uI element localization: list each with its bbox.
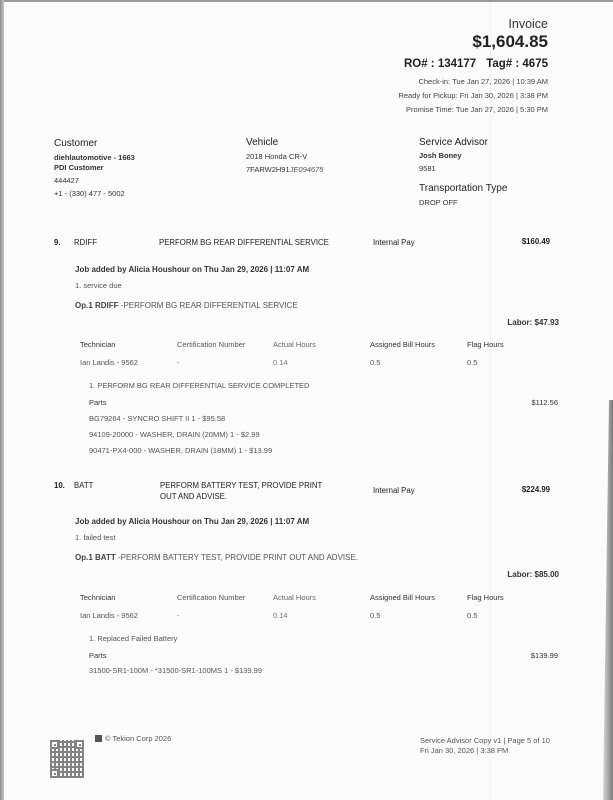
service-advisor-id: 9581 — [419, 164, 436, 173]
scan-edge-left — [0, 0, 4, 800]
th-assigned-bill-hours: Assigned Bill Hours — [370, 340, 435, 349]
th-technician: Technician — [80, 593, 115, 602]
job-concern: 1. failed test — [75, 533, 115, 542]
th-assigned-bill-hours: Assigned Bill Hours — [370, 593, 435, 602]
op-code: Op.1 RDIFF — [75, 301, 119, 310]
page-fold — [490, 0, 491, 800]
job-amount: $224.99 — [522, 485, 550, 494]
customer-id: 444427 — [54, 176, 79, 185]
tag-number: Tag# : 4675 — [486, 58, 548, 70]
promise-time: Promise Time: Tue Jan 27, 2026 | 5:30 PM — [406, 105, 548, 114]
th-technician: Technician — [80, 340, 115, 349]
th-actual-hours: Actual Hours — [273, 593, 316, 602]
customer-name: diehlautomotive - 1663 — [54, 153, 135, 162]
td-certification: - — [177, 358, 180, 367]
customer-phone: +1 - (330) 477 - 5002 — [54, 189, 125, 198]
th-actual-hours: Actual Hours — [273, 340, 316, 349]
part-item: 90471-PX4-000 - WASHER, DRAIN (18MM) 1 -… — [89, 446, 272, 455]
customer-type: PDI Customer — [54, 163, 104, 172]
job-description-line2: OUT AND ADVISE. — [160, 492, 227, 501]
job-code: BATT — [74, 481, 93, 490]
job-pay-type: Internal Pay — [373, 486, 415, 495]
job-added-by: Job added by Alicia Houshour on Thu Jan … — [75, 517, 309, 526]
td-technician: Ian Landis - 9562 — [80, 358, 138, 367]
job-pay-type: Internal Pay — [373, 238, 415, 247]
op-code: Op.1 BATT — [75, 553, 116, 562]
part-item: 31500-SR1-100M - *31500-SR1-100MS 1 - $1… — [89, 666, 262, 675]
td-assigned-bill-hours: 0.5 — [370, 358, 380, 367]
labor-total: Labor: $85.00 — [507, 570, 559, 579]
part-item: 94109-20000 - WASHER, DRAIN (20MM) 1 - $… — [89, 430, 260, 439]
transportation-heading: Transportation Type — [419, 183, 507, 194]
td-certification: - — [177, 611, 180, 620]
op-description: -PERFORM BG REAR DIFFERENTIAL SERVICE — [119, 301, 298, 310]
service-advisor-heading: Service Advisor — [419, 137, 488, 148]
job-concern: 1. service due — [75, 281, 122, 290]
invoice-title: Invoice — [508, 17, 548, 31]
job-amount: $160.49 — [522, 237, 550, 246]
customer-heading: Customer — [54, 138, 97, 149]
vehicle-heading: Vehicle — [246, 137, 278, 148]
labor-total: Labor: $47.93 — [507, 318, 559, 327]
part-item: BG79264 - SYNCRO SHIFT II 1 - $95.58 — [89, 414, 225, 423]
copyright-text: © Tekion Corp 2026 — [105, 734, 171, 743]
ro-tag-line: RO# : 134177Tag# : 4675 — [404, 58, 548, 70]
operation-line: Op.1 BATT -PERFORM BATTERY TEST, PROVIDE… — [75, 553, 358, 562]
job-code: RDIFF — [74, 238, 97, 247]
job-description-line1: PERFORM BATTERY TEST, PROVIDE PRINT — [160, 481, 322, 490]
td-flag-hours: 0.5 — [467, 611, 477, 620]
printed-at: Fri Jan 30, 2026 | 3:38 PM — [420, 746, 508, 755]
td-assigned-bill-hours: 0.5 — [370, 611, 380, 620]
vin-prefix: 7FARW2H91 — [246, 165, 290, 174]
tekion-logo-icon — [95, 735, 102, 742]
parts-total: $112.56 — [531, 398, 558, 407]
job-description: PERFORM BG REAR DIFFERENTIAL SERVICE — [159, 238, 329, 247]
correction-note: 1. Replaced Failed Battery — [89, 634, 177, 643]
td-actual-hours: 0.14 — [273, 358, 288, 367]
th-flag-hours: Flag Hours — [467, 340, 504, 349]
scan-edge-right — [603, 0, 613, 800]
ready-for-pickup-time: Ready for Pickup: Fri Jan 30, 2026 | 3:3… — [398, 91, 548, 100]
job-number: 9. — [54, 238, 61, 247]
vehicle-vin: 7FARW2H91JE094675 — [246, 165, 323, 174]
copyright: © Tekion Corp 2026 — [95, 734, 171, 743]
job-number: 10. — [54, 481, 65, 490]
th-certification: Certification Number — [177, 340, 245, 349]
copy-info: Service Advisor Copy v1 | Page 5 of 10 — [420, 736, 550, 745]
parts-total: $139.99 — [531, 651, 558, 660]
td-technician: Ian Landis - 9562 — [80, 611, 138, 620]
service-advisor-name: Josh Boney — [419, 151, 462, 160]
parts-label: Parts — [89, 651, 107, 660]
correction-note: 1. PERFORM BG REAR DIFFERENTIAL SERVICE … — [89, 381, 309, 390]
scan-edge-top — [0, 0, 613, 2]
vehicle-model: 2018 Honda CR-V — [246, 152, 307, 161]
qr-code-icon — [50, 740, 84, 778]
job-added-by: Job added by Alicia Houshour on Thu Jan … — [75, 265, 309, 274]
ro-number: RO# : 134177 — [404, 58, 476, 70]
th-flag-hours: Flag Hours — [467, 593, 504, 602]
td-flag-hours: 0.5 — [467, 358, 477, 367]
vin-suffix: JE094675 — [290, 165, 324, 174]
invoice-total: $1,604.85 — [472, 32, 548, 52]
check-in-time: Check-in: Tue Jan 27, 2026 | 10:39 AM — [418, 77, 548, 86]
transportation-value: DROP OFF — [419, 198, 458, 207]
td-actual-hours: 0.14 — [273, 611, 288, 620]
th-certification: Certification Number — [177, 593, 245, 602]
operation-line: Op.1 RDIFF -PERFORM BG REAR DIFFERENTIAL… — [75, 301, 298, 310]
parts-label: Parts — [89, 398, 107, 407]
op-description: -PERFORM BATTERY TEST, PROVIDE PRINT OUT… — [116, 553, 358, 562]
